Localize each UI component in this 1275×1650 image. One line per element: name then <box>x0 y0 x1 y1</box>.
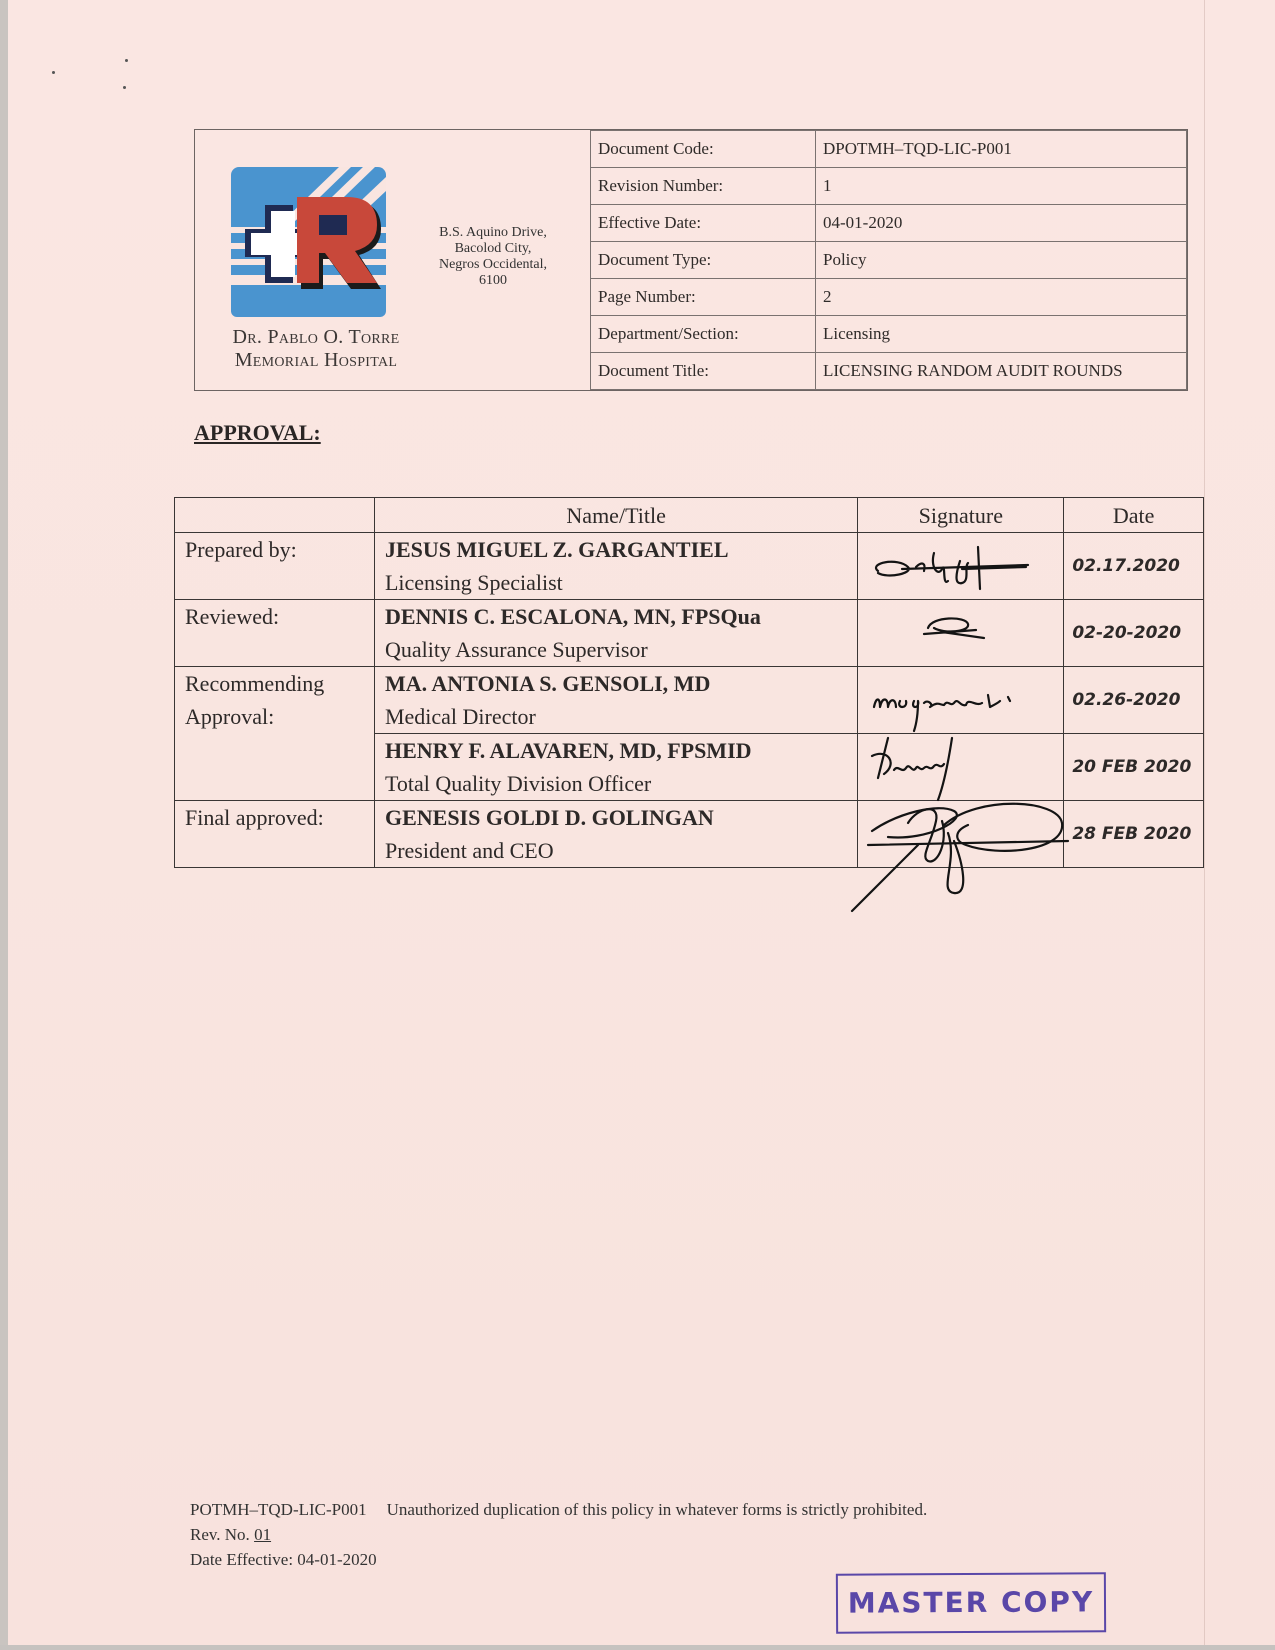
approval-header-row: Name/Title Signature Date <box>175 498 1204 533</box>
handwritten-signature-icon <box>858 734 1042 800</box>
column-header-role <box>175 498 375 533</box>
meta-value: 04-01-2020 <box>816 205 1187 242</box>
approval-name-title: DENNIS C. ESCALONA, MN, FPSQua Quality A… <box>374 600 857 667</box>
hospital-name: Dr. Pablo O. Torre Memorial Hospital <box>201 326 431 372</box>
address-line: Negros Occidental, <box>418 257 568 273</box>
approver-name: HENRY F. ALAVAREN, MD, FPSMID <box>385 734 847 767</box>
meta-label: Document Title: <box>591 353 816 390</box>
approval-role: Reviewed: <box>175 600 375 667</box>
address-line: Bacolod City, <box>418 241 568 257</box>
hospital-cross-r-logo-icon <box>231 167 391 323</box>
logo-cell: Dr. Pablo O. Torre Memorial Hospital B.S… <box>195 130 590 390</box>
footer-line-2: Rev. No. 01 <box>190 1522 927 1547</box>
footer-effective-label: Date Effective: <box>190 1550 293 1569</box>
scan-edge-bottom <box>0 1645 1275 1650</box>
document-footer: POTMH–TQD-LIC-P001Unauthorized duplicati… <box>190 1497 927 1572</box>
scan-edge-left <box>0 0 8 1650</box>
address-line: 6100 <box>418 273 568 289</box>
approval-name-title: MA. ANTONIA S. GENSOLI, MD Medical Direc… <box>374 667 857 734</box>
meta-label: Effective Date: <box>591 205 816 242</box>
column-header-name-title: Name/Title <box>374 498 857 533</box>
approval-name-title: HENRY F. ALAVAREN, MD, FPSMID Total Qual… <box>374 734 857 801</box>
meta-row-document-code: Document Code: DPOTMH–TQD-LIC-P001 <box>591 131 1187 168</box>
meta-row-effective-date: Effective Date: 04-01-2020 <box>591 205 1187 242</box>
approver-title: Total Quality Division Officer <box>385 767 847 800</box>
approval-date: 28 FEB 2020 <box>1064 801 1204 868</box>
page-crease <box>1204 0 1205 1645</box>
handwritten-signature-icon <box>858 533 1042 599</box>
meta-value: DPOTMH–TQD-LIC-P001 <box>816 131 1187 168</box>
approval-date: 02.26-2020 <box>1064 667 1204 734</box>
footer-rev-value: 01 <box>254 1525 271 1544</box>
meta-row-page-number: Page Number: 2 <box>591 279 1187 316</box>
meta-row-document-type: Document Type: Policy <box>591 242 1187 279</box>
footer-effective-value: 04-01-2020 <box>297 1550 376 1569</box>
meta-row-department: Department/Section: Licensing <box>591 316 1187 353</box>
document-meta-table: Document Code: DPOTMH–TQD-LIC-P001 Revis… <box>590 130 1187 390</box>
approval-row-recommending-1: Recommending Approval: MA. ANTONIA S. GE… <box>175 667 1204 734</box>
approval-row-reviewed: Reviewed: DENNIS C. ESCALONA, MN, FPSQua… <box>175 600 1204 667</box>
meta-label: Revision Number: <box>591 168 816 205</box>
meta-value: 1 <box>816 168 1187 205</box>
master-copy-stamp: MASTER COPY <box>836 1572 1106 1633</box>
document-header: Dr. Pablo O. Torre Memorial Hospital B.S… <box>194 129 1188 391</box>
hospital-address: B.S. Aquino Drive, Bacolod City, Negros … <box>418 225 568 289</box>
meta-value: LICENSING RANDOM AUDIT ROUNDS <box>816 353 1187 390</box>
approver-name: GENESIS GOLDI D. GOLINGAN <box>385 801 847 834</box>
approval-table: Name/Title Signature Date Prepared by: J… <box>174 497 1204 868</box>
meta-row-revision-number: Revision Number: 1 <box>591 168 1187 205</box>
meta-label: Page Number: <box>591 279 816 316</box>
signature-cell <box>858 801 1064 868</box>
approval-role: Prepared by: <box>175 533 375 600</box>
footer-line-3: Date Effective: 04-01-2020 <box>190 1547 927 1572</box>
meta-value: Policy <box>816 242 1187 279</box>
meta-label: Document Code: <box>591 131 816 168</box>
approver-title: Quality Assurance Supervisor <box>385 633 847 666</box>
handwritten-signature-icon <box>858 801 1042 867</box>
column-header-date: Date <box>1064 498 1204 533</box>
meta-row-document-title: Document Title: LICENSING RANDOM AUDIT R… <box>591 353 1187 390</box>
footer-code: POTMH–TQD-LIC-P001 <box>190 1500 367 1519</box>
approver-title: Licensing Specialist <box>385 566 847 599</box>
approval-row-prepared: Prepared by: JESUS MIGUEL Z. GARGANTIEL … <box>175 533 1204 600</box>
signature-cell <box>858 734 1064 801</box>
approval-row-final: Final approved: GENESIS GOLDI D. GOLINGA… <box>175 801 1204 868</box>
approval-date: 02-20-2020 <box>1064 600 1204 667</box>
approval-role: Recommending Approval: <box>175 667 375 801</box>
meta-label: Document Type: <box>591 242 816 279</box>
footer-line-1: POTMH–TQD-LIC-P001Unauthorized duplicati… <box>190 1497 927 1522</box>
approver-name: JESUS MIGUEL Z. GARGANTIEL <box>385 533 847 566</box>
hospital-name-line1: Dr. Pablo O. Torre <box>201 326 431 349</box>
handwritten-signature-icon <box>858 667 1042 733</box>
approver-title: Medical Director <box>385 700 847 733</box>
approval-name-title: GENESIS GOLDI D. GOLINGAN President and … <box>374 801 857 868</box>
meta-value: Licensing <box>816 316 1187 353</box>
approver-name: MA. ANTONIA S. GENSOLI, MD <box>385 667 847 700</box>
signature-cell <box>858 667 1064 734</box>
address-line: B.S. Aquino Drive, <box>418 225 568 241</box>
footer-rev-label: Rev. No. <box>190 1525 250 1544</box>
approver-title: President and CEO <box>385 834 847 867</box>
approval-date: 20 FEB 2020 <box>1064 734 1204 801</box>
approver-name: DENNIS C. ESCALONA, MN, FPSQua <box>385 600 847 633</box>
signature-cell <box>858 600 1064 667</box>
approval-role-text: Recommending Approval: <box>185 671 324 729</box>
approval-name-title: JESUS MIGUEL Z. GARGANTIEL Licensing Spe… <box>374 533 857 600</box>
approval-heading: APPROVAL: <box>194 420 321 446</box>
approval-date: 02.17.2020 <box>1064 533 1204 600</box>
signature-cell <box>858 533 1064 600</box>
footer-notice: Unauthorized duplication of this policy … <box>387 1500 928 1519</box>
handwritten-signature-icon <box>858 600 1042 666</box>
meta-value: 2 <box>816 279 1187 316</box>
meta-label: Department/Section: <box>591 316 816 353</box>
column-header-signature: Signature <box>858 498 1064 533</box>
hospital-name-line2: Memorial Hospital <box>201 349 431 372</box>
approval-role: Final approved: <box>175 801 375 868</box>
